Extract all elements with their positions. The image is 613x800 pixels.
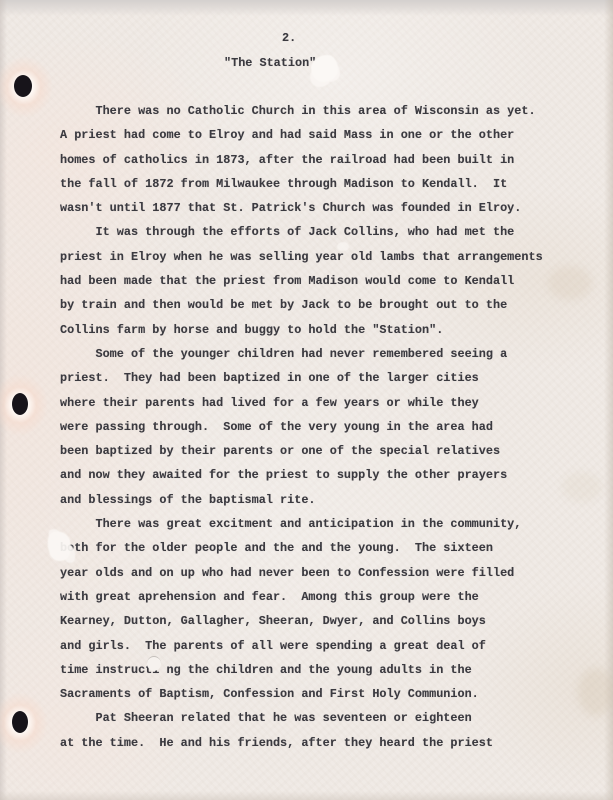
text-line: where their parents had lived for a few … <box>60 391 570 415</box>
text-line: priest in Elroy when he was selling year… <box>60 245 570 269</box>
text-line: time instructi ng the children and the y… <box>60 658 570 682</box>
text-line: and now they awaited for the priest to s… <box>60 463 570 487</box>
text-line: A priest had come to Elroy and had said … <box>60 123 570 147</box>
text-line: Pat Sheeran related that he was seventee… <box>60 706 570 730</box>
text-line: were passing through. Some of the very y… <box>60 415 570 439</box>
text-line: wasn't until 1877 that St. Patrick's Chu… <box>60 196 570 220</box>
text-line: with great aprehension and fear. Among t… <box>60 585 570 609</box>
text-line: the fall of 1872 from Milwaukee through … <box>60 172 570 196</box>
text-line: year olds and on up who had never been t… <box>60 561 570 585</box>
text-line: There was great excitment and anticipati… <box>60 512 570 536</box>
hole-punch <box>14 75 32 97</box>
text-line: Sacraments of Baptism, Confession and Fi… <box>60 682 570 706</box>
text-line: both for the older people and the and th… <box>60 536 570 560</box>
text-line: It was through the efforts of Jack Colli… <box>60 220 570 244</box>
page-number: 2. <box>282 30 296 46</box>
document-title: "The Station" <box>224 55 316 71</box>
typewritten-body: There was no Catholic Church in this are… <box>60 99 570 755</box>
text-line: Kearney, Dutton, Gallagher, Sheeran, Dwy… <box>60 609 570 633</box>
text-line: been baptized by their parents or one of… <box>60 439 570 463</box>
text-line: and girls. The parents of all were spend… <box>60 634 570 658</box>
text-line: homes of catholics in 1873, after the ra… <box>60 148 570 172</box>
scan-edge-left <box>0 0 7 800</box>
hole-punch <box>12 711 28 733</box>
hole-punch <box>12 393 28 415</box>
scan-edge-right <box>604 0 613 800</box>
text-line: at the time. He and his friends, after t… <box>60 731 570 755</box>
text-line: and blessings of the baptismal rite. <box>60 488 570 512</box>
text-line: priest. They had been baptized in one of… <box>60 366 570 390</box>
text-line: by train and then would be met by Jack t… <box>60 293 570 317</box>
text-line: had been made that the priest from Madis… <box>60 269 570 293</box>
text-line: Some of the younger children had never r… <box>60 342 570 366</box>
scan-edge-top <box>0 0 613 16</box>
scan-edge-bottom <box>0 791 613 800</box>
paper-stain <box>578 668 613 716</box>
scanned-document-page: 2. "The Station" There was no Catholic C… <box>0 0 613 800</box>
text-line: Collins farm by horse and buggy to hold … <box>60 318 570 342</box>
text-line: There was no Catholic Church in this are… <box>60 99 570 123</box>
